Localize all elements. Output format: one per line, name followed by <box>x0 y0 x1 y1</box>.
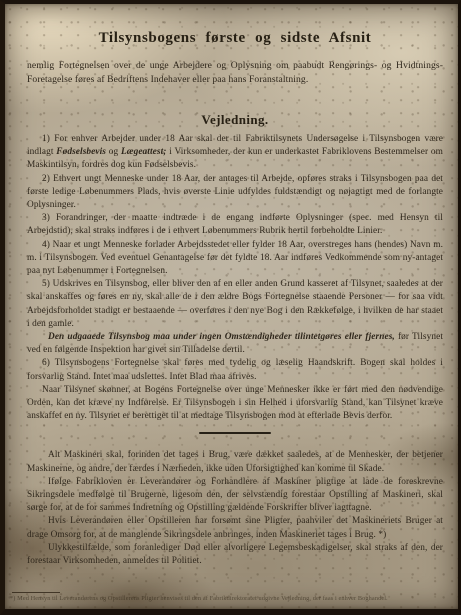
warning-emphasis: Den udgaaede Tilsynsbog maa under ingen … <box>48 332 395 342</box>
guide-closing-paragraph: Naar Tilsynet skønner, at Bogens Fortegn… <box>27 384 443 424</box>
machinery-para-3: Hvis Leverandøren eller Opstilleren har … <box>27 515 443 541</box>
guide-item-6: 6) Tilsynsbogens Fortegnelse skal føres … <box>27 357 443 383</box>
footnote-block: *) Med Hensyn til Leverandørens og Opsti… <box>10 592 454 603</box>
machinery-para-2: Ifølge Fabrikloven er Leverandører og Fo… <box>27 476 443 516</box>
guidance-heading: Vejledning. <box>27 112 443 128</box>
guide-item-1: 1) For enhver Arbejder under 18 Aar skal… <box>27 133 443 173</box>
page-title: Tilsynsbogens første og sidste Afsnit <box>27 30 443 47</box>
guide-item-2: 2) Ethvert ungt Menneske under 18 Aar, d… <box>27 173 443 213</box>
guide-item-1-term-birth-certificate: Fødselsbevis <box>56 147 106 157</box>
subtitle-paragraph: nemlig Fortegnelsen over de unge Arbejde… <box>27 59 443 87</box>
guide-item-1-term-medical-certificate: Lægeattest; <box>121 147 167 157</box>
footnote-divider <box>12 592 60 593</box>
machinery-para-4: Ulykkestilfælde, som foranlediger Død el… <box>27 542 443 568</box>
page-content: Tilsynsbogens første og sidste Afsnit ne… <box>27 30 443 568</box>
document-photo: Tilsynsbogens første og sidste Afsnit ne… <box>0 0 461 615</box>
guide-item-3: 3) Forandringer, der maatte indtræde i d… <box>27 212 443 238</box>
warning-paragraph: Den udgaaede Tilsynsbog maa under ingen … <box>27 331 443 357</box>
section-divider <box>199 432 271 434</box>
footnote-text: *) Med Hensyn til Leverandørens og Opsti… <box>10 595 454 603</box>
guide-item-4: 4) Naar et ungt Menneske forlader Arbejd… <box>27 239 443 279</box>
guide-item-1-mid: og <box>106 147 121 157</box>
machinery-para-1: Alt Maskineri skal, forinden det tages i… <box>27 449 443 475</box>
guide-item-5: 5) Udskrives en Tilsynsbog, eller bliver… <box>27 278 443 331</box>
